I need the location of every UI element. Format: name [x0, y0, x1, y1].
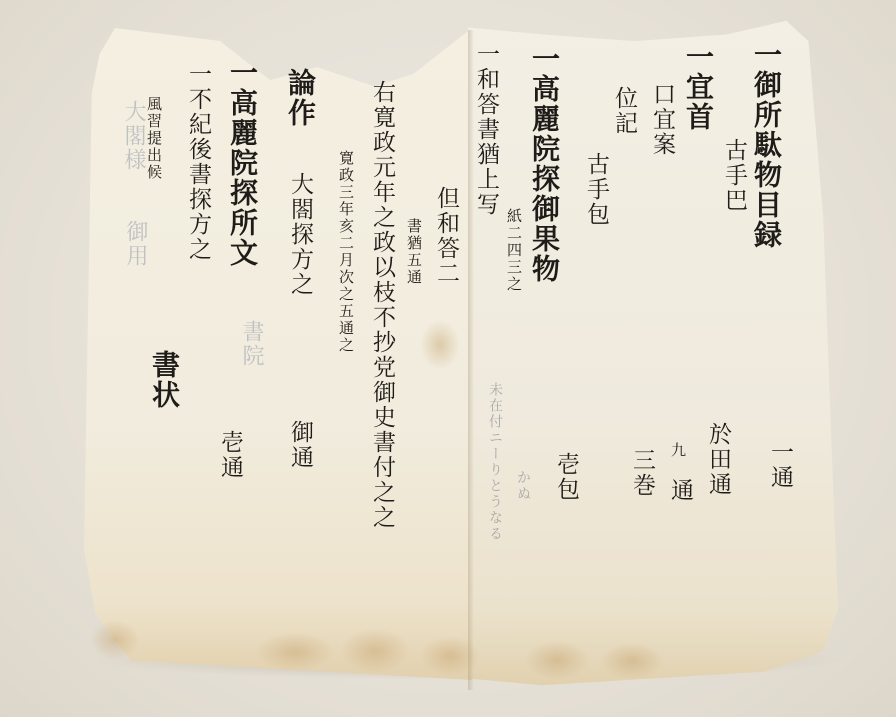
text-column: 寛政三年亥二月次之五通之	[338, 150, 353, 354]
water-stain	[255, 632, 335, 672]
text-column: 右寛政元年之政以枝不抄党御史書付之之	[370, 80, 393, 530]
text-column: 一御所駄物目録	[752, 40, 780, 250]
show-through-text: 大閣様	[122, 100, 144, 172]
text-column: 一高麗院探御果物	[530, 44, 558, 284]
text-column: 一宜首	[684, 42, 712, 132]
text-column: 古手巴	[722, 138, 745, 213]
water-stain	[90, 620, 140, 660]
text-column: 但和答二	[434, 186, 457, 286]
text-column: 御通	[288, 420, 311, 470]
text-column: 位記	[612, 86, 635, 136]
text-column: 紙二四三之	[506, 208, 521, 293]
water-stain	[600, 642, 664, 680]
show-through-text: 書院	[240, 320, 262, 368]
text-column: 論作	[286, 68, 314, 128]
water-stain	[525, 640, 589, 680]
text-column: 一高麗院探所文	[228, 58, 256, 268]
text-column: 九	[670, 442, 685, 459]
text-column: 風習提出候	[146, 96, 161, 181]
text-column: 壱通	[218, 430, 241, 480]
pencil-note: かぬ	[516, 470, 530, 502]
text-column: 書猶五通	[406, 218, 421, 286]
text-column: 大閤探方之	[288, 172, 311, 297]
text-column: 一和答書猶上写	[474, 42, 497, 217]
text-column: 書状	[150, 350, 178, 410]
water-stain	[340, 628, 410, 674]
text-column: 三巻	[630, 448, 653, 498]
text-column: 通	[668, 478, 691, 503]
show-through-text: 御用	[124, 220, 146, 268]
water-stain	[420, 636, 480, 676]
water-stain	[420, 320, 460, 370]
pencil-note: 未在付ニーりとうなる	[488, 382, 502, 542]
text-column: 古手包	[584, 152, 607, 227]
text-column: 口宜案	[650, 82, 673, 157]
text-column: 於田通	[706, 422, 729, 497]
text-column: 一不紀後書探方之	[186, 62, 209, 262]
text-column: 壱包	[554, 452, 577, 502]
text-column: 一通	[768, 440, 791, 490]
